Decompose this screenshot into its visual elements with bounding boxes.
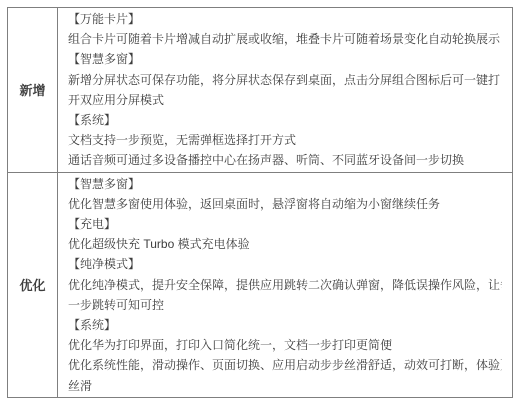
row-category-label: 新增 xyxy=(8,8,58,172)
feature-description-line: 优化华为打印界面，打印入口简化统一，文档一步打印更简便 xyxy=(68,335,502,355)
update-notes-page: 新增【万能卡片】组合卡片可随着卡片增减自动扩展或收缩，堆叠卡片可随着场景变化自动… xyxy=(0,0,522,406)
feature-heading: 【智慧多窗】 xyxy=(68,174,502,194)
feature-description-line: 优化纯净模式，提升安全保障，提供应用跳转二次确认弹窗，降低误操作风险，让每 xyxy=(68,275,502,295)
row-content-cell: 【万能卡片】组合卡片可随着卡片增减自动扩展或收缩，堆叠卡片可随着场景变化自动轮换… xyxy=(58,8,512,172)
table-row: 优化【智慧多窗】优化智慧多窗使用体验，返回桌面时，悬浮窗将自动缩为小窗继续任务【… xyxy=(8,173,512,397)
feature-description-line: 新增分屏状态可保存功能，将分屏状态保存到桌面，点击分屏组合图标后可一键打 xyxy=(68,70,502,90)
feature-heading: 【系统】 xyxy=(68,110,502,130)
row-category-label: 优化 xyxy=(8,173,58,397)
feature-description-line: 组合卡片可随着卡片增减自动扩展或收缩，堆叠卡片可随着场景变化自动轮换展示 xyxy=(68,29,502,49)
feature-description-line: 优化智慧多窗使用体验，返回桌面时，悬浮窗将自动缩为小窗继续任务 xyxy=(68,194,502,214)
changelog-table: 新增【万能卡片】组合卡片可随着卡片增减自动扩展或收缩，堆叠卡片可随着场景变化自动… xyxy=(7,7,513,398)
feature-description-line: 文档支持一步预览，无需弹框选择打开方式 xyxy=(68,130,502,150)
feature-heading: 【万能卡片】 xyxy=(68,9,502,29)
feature-heading: 【系统】 xyxy=(68,315,502,335)
feature-description-line: 优化系统性能，滑动操作、页面切换、应用启动步步丝滑舒适，动效可打断，体验更 xyxy=(68,355,502,375)
feature-heading: 【智慧多窗】 xyxy=(68,49,502,69)
feature-heading: 【充电】 xyxy=(68,214,502,234)
feature-description-line: 开双应用分屏模式 xyxy=(68,90,502,110)
feature-description-line: 一步跳转可知可控 xyxy=(68,295,502,315)
feature-description-line: 丝滑 xyxy=(68,376,502,396)
feature-description-line: 优化超级快充 Turbo 模式充电体验 xyxy=(68,234,502,254)
feature-heading: 【纯净模式】 xyxy=(68,254,502,274)
table-row: 新增【万能卡片】组合卡片可随着卡片增减自动扩展或收缩，堆叠卡片可随着场景变化自动… xyxy=(8,8,512,173)
feature-description-line: 通话音频可通过多设备播控中心在扬声器、听筒、不同蓝牙设备间一步切换 xyxy=(68,150,502,170)
row-content-cell: 【智慧多窗】优化智慧多窗使用体验，返回桌面时，悬浮窗将自动缩为小窗继续任务【充电… xyxy=(58,173,512,397)
